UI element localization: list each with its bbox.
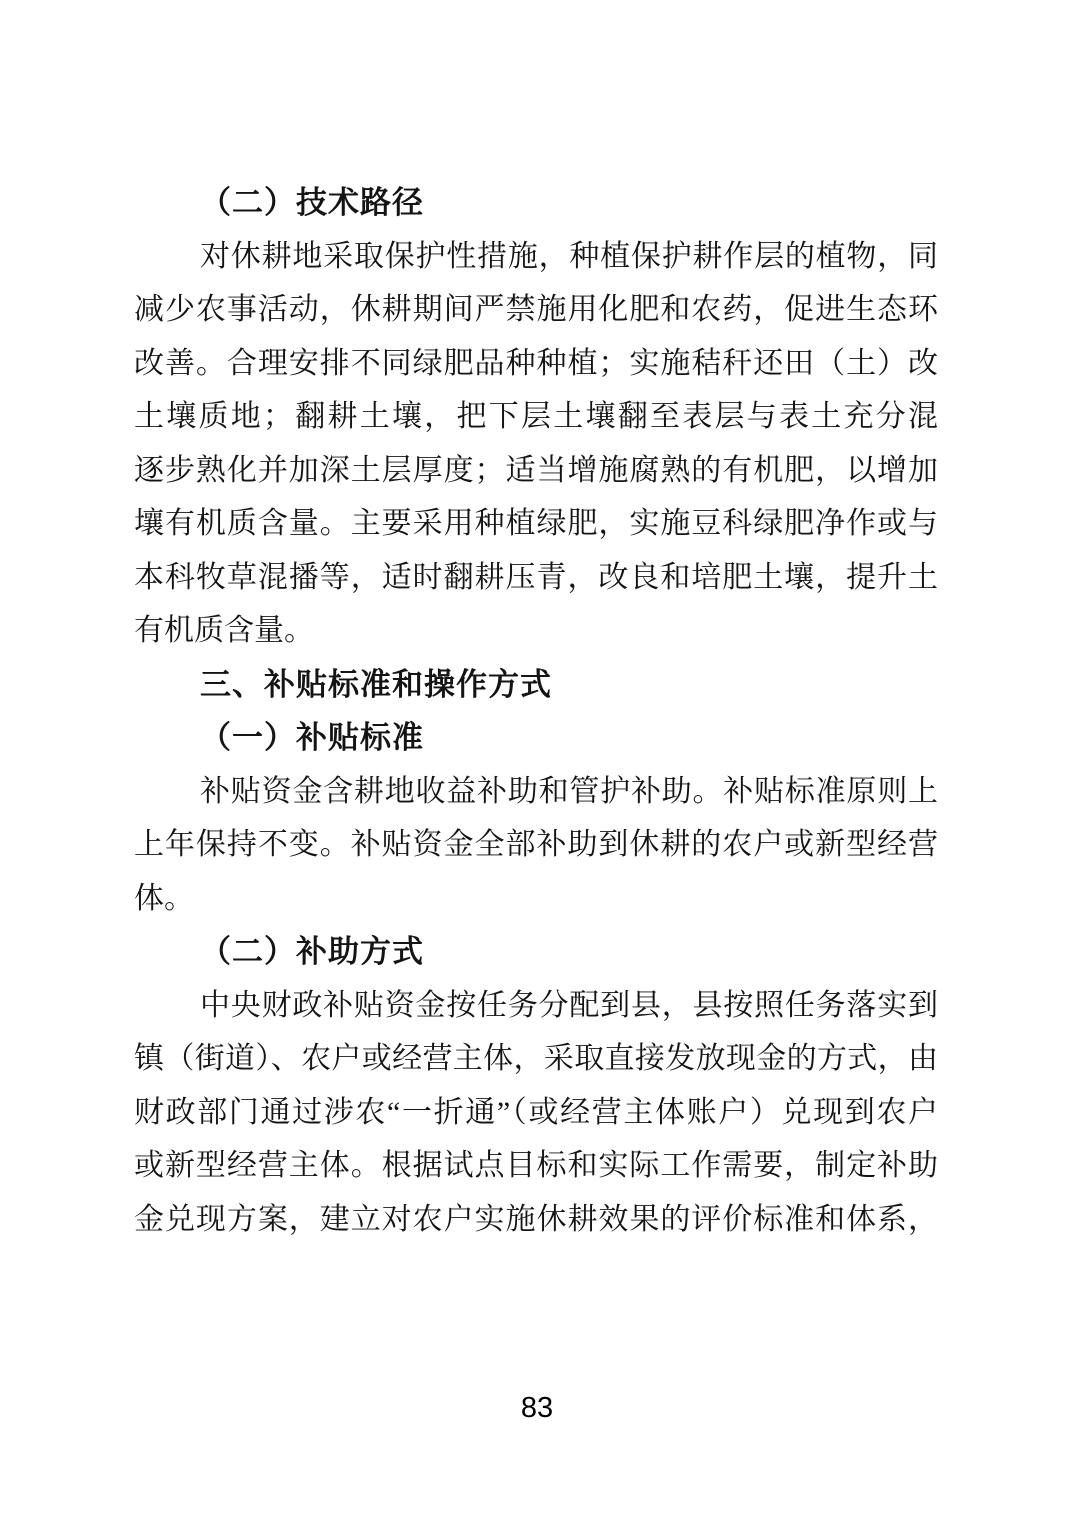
text-line: 上年保持不变。补贴资金全部补助到休耕的农户或新型经营主: [134, 818, 938, 872]
text-line: 体。: [134, 872, 938, 926]
paragraph-subsidy-standard: 补贴资金含耕地收益补助和管护补助。补贴标准原则上与 上年保持不变。补贴资金全部补…: [134, 765, 938, 926]
text-line: 逐步熟化并加深土层厚度；适当增施腐熟的有机肥，以增加土: [134, 444, 938, 498]
heading-subsidy-method: （二）补助方式: [134, 925, 938, 979]
text-line: 补贴资金含耕地收益补助和管护补助。补贴标准原则上与: [134, 765, 938, 819]
heading-technical-route: （二）技术路径: [134, 176, 938, 230]
page-number: 83: [0, 1392, 1074, 1425]
text-line: 土壤质地；翻耕土壤，把下层土壤翻至表层与表土充分混匀，: [134, 390, 938, 444]
heading-subsidy-standard: （一）补贴标准: [134, 711, 938, 765]
document-body: （二）技术路径 对休耕地采取保护性措施，种植保护耕作层的植物，同时 减少农事活动…: [134, 176, 938, 1246]
text-line: 壤有机质含量。主要采用种植绿肥，实施豆科绿肥净作或与禾: [134, 497, 938, 551]
text-line: 镇（街道）、农户或经营主体，采取直接发放现金的方式，由: [134, 1032, 938, 1086]
text-line: 减少农事活动，休耕期间严禁施用化肥和农药，促进生态环境: [134, 283, 938, 337]
text-line: 财政部门通过涉农“一折通”（或经营主体账户）兑现到农户: [134, 1086, 938, 1140]
text-line: 本科牧草混播等，适时翻耕压青，改良和培肥土壤，提升土壤: [134, 551, 938, 605]
text-line: 改善。合理安排不同绿肥品种种植；实施秸秆还田（土）改良: [134, 337, 938, 391]
text-line: 或新型经营主体。根据试点目标和实际工作需要，制定补助资: [134, 1139, 938, 1193]
text-line: 金兑现方案，建立对农户实施休耕效果的评价标准和体系，每: [134, 1193, 938, 1247]
heading-subsidy-standard-and-operation: 三、补贴标准和操作方式: [134, 658, 938, 712]
text-line: 有机质含量。: [134, 604, 938, 658]
document-page: { "page": { "number": "83", "background_…: [0, 0, 1074, 1520]
paragraph-subsidy-method: 中央财政补贴资金按任务分配到县，县按照任务落实到乡 镇（街道）、农户或经营主体，…: [134, 979, 938, 1247]
text-line: 对休耕地采取保护性措施，种植保护耕作层的植物，同时: [134, 230, 938, 284]
paragraph-technical-route: 对休耕地采取保护性措施，种植保护耕作层的植物，同时 减少农事活动，休耕期间严禁施…: [134, 230, 938, 658]
text-line: 中央财政补贴资金按任务分配到县，县按照任务落实到乡: [134, 979, 938, 1033]
